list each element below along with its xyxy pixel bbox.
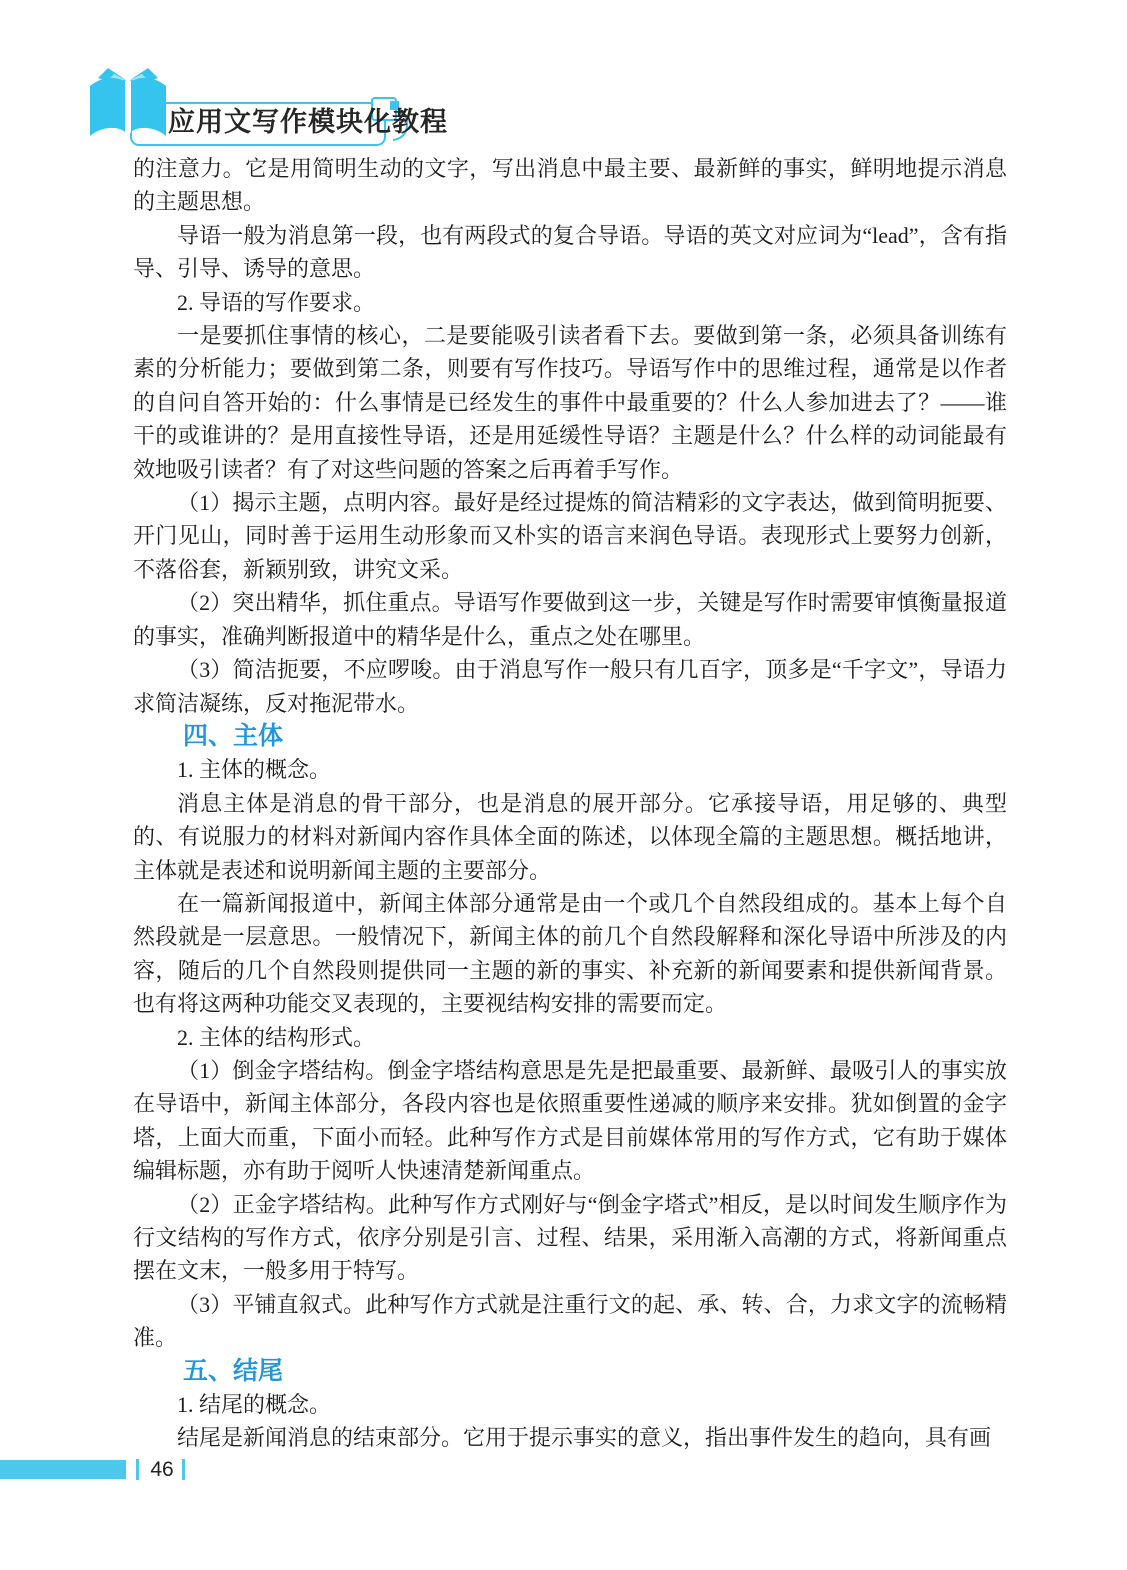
paragraph: （1）揭示主题，点明内容。最好是经过提炼的简洁精彩的文字表达，做到简明扼要、开门… — [133, 486, 1007, 586]
paragraph: （2）突出精华，抓住重点。导语写作要做到这一步，关键是写作时需要审慎衡量报道的事… — [133, 586, 1007, 653]
document-page: 应用文写作模块化教程 的注意力。它是用简明生动的文字，写出消息中最主要、最新鲜的… — [0, 0, 1127, 1570]
page-number: 46 — [143, 1458, 181, 1482]
paragraph: 2. 导语的写作要求。 — [133, 286, 1007, 319]
section-heading-ending: 五、结尾 — [133, 1355, 1007, 1388]
page-body: 的注意力。它是用简明生动的文字，写出消息中最主要、最新鲜的事实，鲜明地提示消息的… — [133, 152, 1007, 1455]
page-header: 应用文写作模块化教程 — [0, 0, 1127, 160]
page-number-divider-right — [182, 1459, 185, 1480]
book-title: 应用文写作模块化教程 — [168, 100, 448, 139]
paragraph: 2. 主体的结构形式。 — [133, 1021, 1007, 1054]
paragraph: （3）简洁扼要，不应啰唆。由于消息写作一般只有几百字，顶多是“千字文”，导语力求… — [133, 653, 1007, 720]
paragraph: （3）平铺直叙式。此种写作方式就是注重行文的起、承、转、合，力求文字的流畅精准。 — [133, 1288, 1007, 1355]
paragraph: 消息主体是消息的骨干部分，也是消息的展开部分。它承接导语，用足够的、典型的、有说… — [133, 787, 1007, 887]
paragraph: （2）正金字塔结构。此种写作方式刚好与“倒金字塔式”相反，是以时间发生顺序作为行… — [133, 1188, 1007, 1288]
section-heading-main-body: 四、主体 — [133, 720, 1007, 753]
paragraph: 导语一般为消息第一段，也有两段式的复合导语。导语的英文对应词为“lead”，含有… — [133, 219, 1007, 286]
footer-accent-bar — [0, 1460, 126, 1479]
paragraph: 1. 主体的概念。 — [133, 753, 1007, 786]
open-book-icon — [82, 64, 174, 150]
page-number-divider-left — [136, 1459, 139, 1480]
paragraph: 一是要抓住事情的核心，二是要能吸引读者看下去。要做到第一条，必须具备训练有素的分… — [133, 319, 1007, 486]
paragraph: 1. 结尾的概念。 — [133, 1388, 1007, 1421]
paragraph: 的注意力。它是用简明生动的文字，写出消息中最主要、最新鲜的事实，鲜明地提示消息的… — [133, 152, 1007, 219]
paragraph: （1）倒金字塔结构。倒金字塔结构意思是先是把最重要、最新鲜、最吸引人的事实放在导… — [133, 1054, 1007, 1188]
paragraph: 在一篇新闻报道中，新闻主体部分通常是由一个或几个自然段组成的。基本上每个自然段就… — [133, 887, 1007, 1021]
paragraph: 结尾是新闻消息的结束部分。它用于提示事实的意义，指出事件发生的趋向，具有画 — [133, 1421, 1007, 1454]
